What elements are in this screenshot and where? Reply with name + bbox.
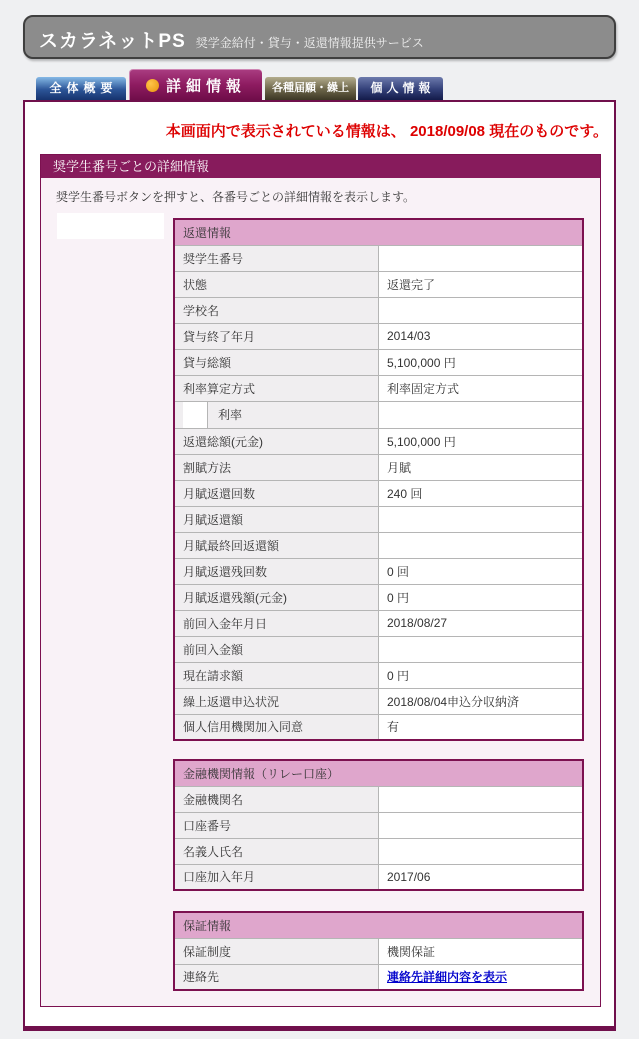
row-value: 月賦 bbox=[379, 454, 584, 480]
tables-column: 返還情報 奨学生番号 状態返還完了 学校名 貸与終了年月2014/03 貸与総額… bbox=[173, 218, 584, 991]
repayment-table-title: 返還情報 bbox=[174, 219, 583, 245]
table-row: 割賦方法月賦 bbox=[174, 454, 583, 480]
row-value: 2018/08/27 bbox=[379, 610, 584, 636]
app-header: スカラネットPS 奨学金給付・貸与・返還情報提供サービス bbox=[23, 15, 616, 59]
row-value bbox=[379, 838, 584, 864]
row-value: 0 回 bbox=[379, 558, 584, 584]
table-row: 個人信用機関加入同意有 bbox=[174, 714, 583, 740]
app-subtitle: 奨学金給付・貸与・返還情報提供サービス bbox=[196, 34, 424, 51]
table-row: 奨学生番号 bbox=[174, 245, 583, 271]
table-row: 状態返還完了 bbox=[174, 271, 583, 297]
section-title-bar: 奨学生番号ごとの詳細情報 bbox=[41, 155, 600, 178]
table-row: 名義人氏名 bbox=[174, 838, 583, 864]
row-label: 利率 bbox=[208, 402, 370, 428]
detail-section: 奨学生番号ごとの詳細情報 奨学生番号ボタンを押すと、各番号ごとの詳細情報を表示し… bbox=[40, 154, 601, 1007]
bank-table: 金融機関情報（リレー口座） 金融機関名 口座番号 名義人氏名 口座加入年月201… bbox=[173, 759, 584, 891]
row-label: 名義人氏名 bbox=[174, 838, 379, 864]
table-row: 月賦返還残回数0 回 bbox=[174, 558, 583, 584]
table-row: 現在請求額0 円 bbox=[174, 662, 583, 688]
row-value bbox=[379, 245, 584, 271]
table-row: 口座加入年月2017/06 bbox=[174, 864, 583, 890]
table-row: 学校名 bbox=[174, 297, 583, 323]
tab-overview-label: 全体概要 bbox=[49, 81, 117, 95]
row-label: 月賦最終回返還額 bbox=[174, 532, 379, 558]
row-label: 月賦返還回数 bbox=[174, 480, 379, 506]
row-label: 状態 bbox=[174, 271, 379, 297]
row-value: 5,100,000 円 bbox=[379, 349, 584, 375]
tab-personal-info[interactable]: 個人情報 bbox=[358, 77, 443, 100]
row-label: 口座加入年月 bbox=[174, 864, 379, 890]
page: スカラネットPS 奨学金給付・貸与・返還情報提供サービス 全体概要 詳細情報 各… bbox=[23, 15, 616, 1031]
row-label: 個人信用機関加入同意 bbox=[174, 714, 379, 740]
section-description: 奨学生番号ボタンを押すと、各番号ごとの詳細情報を表示します。 bbox=[56, 188, 600, 205]
scholar-number-column bbox=[57, 218, 173, 991]
tab-detail-active[interactable]: 詳細情報 bbox=[129, 69, 262, 100]
table-row: 金融機関名 bbox=[174, 786, 583, 812]
row-value: 返還完了 bbox=[379, 271, 584, 297]
row-label: 割賦方法 bbox=[174, 454, 379, 480]
row-value bbox=[379, 812, 584, 838]
row-value: 2018/08/04申込分収納済 bbox=[379, 688, 584, 714]
row-label: 月賦返還額 bbox=[174, 506, 379, 532]
row-label: 繰上返還申込状況 bbox=[174, 688, 379, 714]
row-label: 貸与終了年月 bbox=[174, 323, 379, 349]
row-label: 連絡先 bbox=[174, 964, 379, 990]
row-value: 5,100,000 円 bbox=[379, 428, 584, 454]
tab-applications[interactable]: 各種届願・繰上 bbox=[265, 77, 356, 100]
tab-detail-label: 詳細情報 bbox=[166, 75, 246, 96]
row-label: 利率算定方式 bbox=[174, 375, 379, 401]
repayment-table: 返還情報 奨学生番号 状態返還完了 学校名 貸与終了年月2014/03 貸与総額… bbox=[173, 218, 584, 741]
row-label: 月賦返還残回数 bbox=[174, 558, 379, 584]
active-tab-bullet-icon bbox=[146, 79, 159, 92]
table-row-indented: 利率 bbox=[174, 401, 583, 428]
notice-text: 本画面内で表示されている情報は、 2018/09/08 現在のものです。 bbox=[25, 120, 608, 141]
row-value bbox=[379, 636, 584, 662]
table-row: 月賦返還回数240 回 bbox=[174, 480, 583, 506]
row-value: 2014/03 bbox=[379, 323, 584, 349]
tab-applications-label: 各種届願・繰上 bbox=[272, 82, 349, 94]
table-row: 月賦返還残額(元金)0 円 bbox=[174, 584, 583, 610]
row-label: 前回入金額 bbox=[174, 636, 379, 662]
scholar-number-button[interactable] bbox=[57, 213, 164, 239]
row-label: 月賦返還残額(元金) bbox=[174, 584, 379, 610]
table-row: 口座番号 bbox=[174, 812, 583, 838]
bank-table-title: 金融機関情報（リレー口座） bbox=[174, 760, 583, 786]
row-label: 貸与総額 bbox=[174, 349, 379, 375]
row-value: 240 回 bbox=[379, 480, 584, 506]
table-row: 貸与終了年月2014/03 bbox=[174, 323, 583, 349]
row-value: 0 円 bbox=[379, 584, 584, 610]
guarantee-table-title: 保証情報 bbox=[174, 912, 583, 938]
row-label: 学校名 bbox=[174, 297, 379, 323]
section-title: 奨学生番号ごとの詳細情報 bbox=[53, 159, 209, 174]
row-value: 有 bbox=[379, 714, 584, 740]
table-row: 保証制度機関保証 bbox=[174, 938, 583, 964]
app-logo: スカラネットPS bbox=[39, 26, 186, 53]
contact-detail-link[interactable]: 連絡先詳細内容を表示 bbox=[387, 970, 507, 984]
row-label: 奨学生番号 bbox=[174, 245, 379, 271]
table-row: 前回入金年月日2018/08/27 bbox=[174, 610, 583, 636]
row-label: 前回入金年月日 bbox=[174, 610, 379, 636]
row-value bbox=[379, 532, 584, 558]
table-row: 前回入金額 bbox=[174, 636, 583, 662]
table-row: 貸与総額5,100,000 円 bbox=[174, 349, 583, 375]
row-label: 保証制度 bbox=[174, 938, 379, 964]
row-value bbox=[379, 297, 584, 323]
tab-personal-info-label: 個人情報 bbox=[370, 81, 434, 95]
row-value: 機関保証 bbox=[379, 938, 584, 964]
row-label: 口座番号 bbox=[174, 812, 379, 838]
row-value bbox=[379, 506, 584, 532]
row-label: 返還総額(元金) bbox=[174, 428, 379, 454]
tab-bar: 全体概要 詳細情報 各種届願・繰上 個人情報 bbox=[23, 69, 616, 100]
table-row: 繰上返還申込状況2018/08/04申込分収納済 bbox=[174, 688, 583, 714]
tab-overview[interactable]: 全体概要 bbox=[36, 77, 126, 100]
table-row: 月賦返還額 bbox=[174, 506, 583, 532]
row-value: 2017/06 bbox=[379, 864, 584, 890]
row-value bbox=[379, 786, 584, 812]
table-row: 月賦最終回返還額 bbox=[174, 532, 583, 558]
row-value bbox=[379, 401, 584, 428]
row-label: 現在請求額 bbox=[174, 662, 379, 688]
guarantee-table: 保証情報 保証制度機関保証 連絡先 連絡先詳細内容を表示 bbox=[173, 911, 584, 991]
section-content-row: 返還情報 奨学生番号 状態返還完了 学校名 貸与終了年月2014/03 貸与総額… bbox=[57, 218, 600, 991]
table-row: 利率算定方式利率固定方式 bbox=[174, 375, 583, 401]
table-row: 返還総額(元金)5,100,000 円 bbox=[174, 428, 583, 454]
row-label: 金融機関名 bbox=[174, 786, 379, 812]
content-box: 本画面内で表示されている情報は、 2018/09/08 現在のものです。 奨学生… bbox=[23, 100, 616, 1031]
row-value: 利率固定方式 bbox=[379, 375, 584, 401]
table-row: 連絡先 連絡先詳細内容を表示 bbox=[174, 964, 583, 990]
row-value: 0 円 bbox=[379, 662, 584, 688]
indent-spacer bbox=[183, 402, 208, 428]
